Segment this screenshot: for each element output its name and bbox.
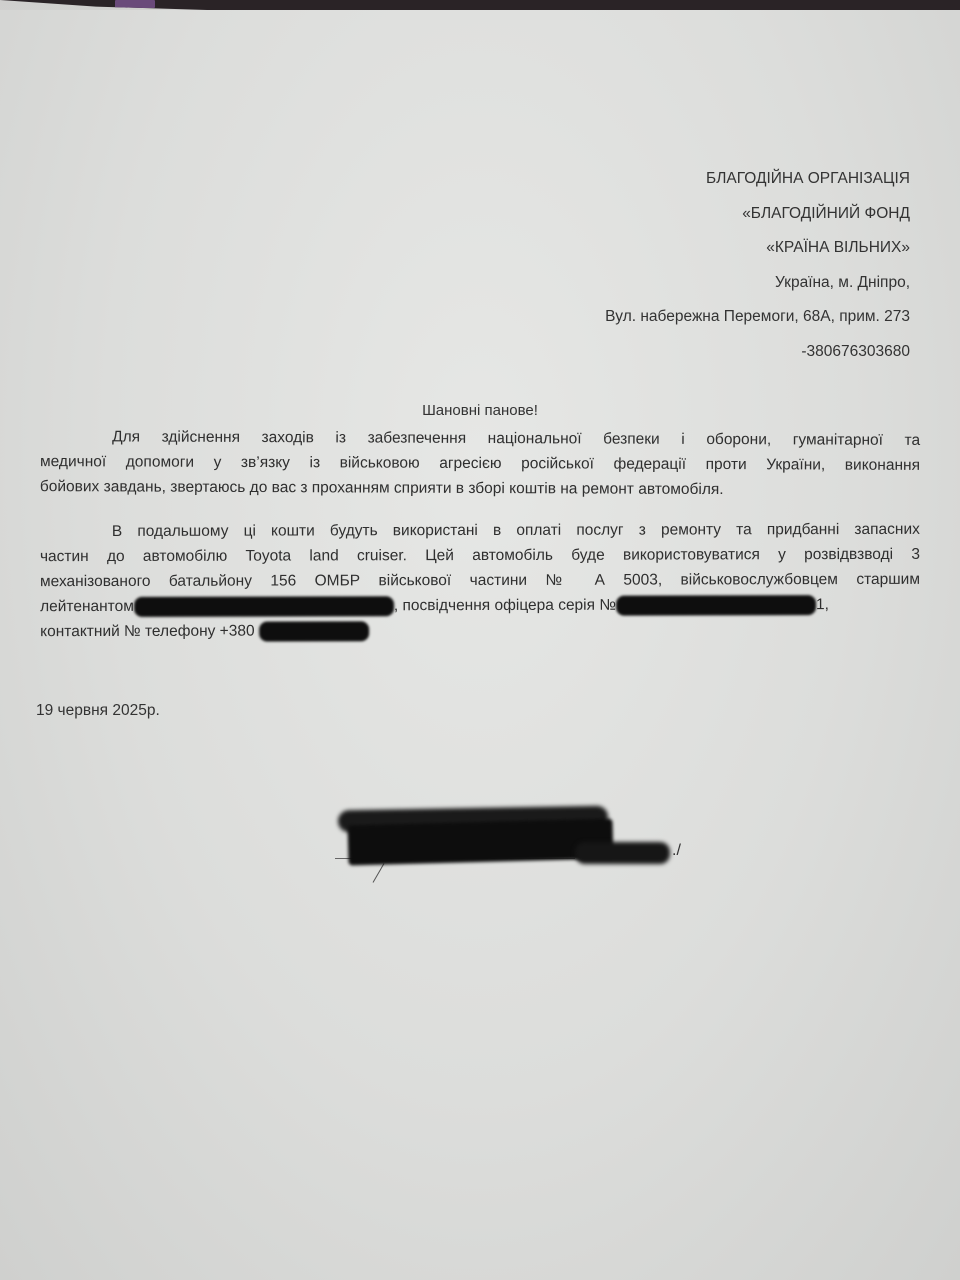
paragraph-line: медичної допомоги у зв’язку із військово… (40, 449, 920, 478)
paragraph-request: Для здійснення заходів із забезпечення н… (40, 424, 920, 503)
signature-tail: ./ (672, 842, 681, 860)
background-label (115, 0, 155, 8)
paragraph-line: механізованого батальйону 156 ОМБР війсь… (40, 567, 920, 594)
addressee-line: Вул. набережна Перемоги, 68А, прим. 273 (605, 300, 910, 335)
addressee-block: БЛАГОДІЙНА ОРГАНІЗАЦІЯ «БЛАГОДІЙНИЙ ФОНД… (605, 162, 910, 369)
paragraph-line: Для здійснення заходів із забезпечення н… (40, 424, 920, 453)
addressee-line: «КРАЇНА ВІЛЬНИХ» (605, 231, 910, 266)
redacted-name (134, 596, 394, 617)
paragraph-line: бойових завдань, звертаюсь до вас з прох… (40, 474, 920, 503)
addressee-line: «БЛАГОДІЙНИЙ ФОНД (605, 197, 910, 232)
signature-redacted: ./ (330, 800, 710, 890)
paragraph-line: частин до автомобілю Toyota land cruiser… (40, 542, 920, 569)
signature-stroke (373, 863, 385, 883)
greeting: Шановні панове! (0, 402, 960, 419)
text-phone-label: контактний № телефону +380 (40, 623, 254, 641)
paragraph-details: В подальшому ці кошти будуть використані… (40, 517, 920, 644)
paragraph-line-officer: лейтенантом, посвідчення офіцера серія №… (40, 592, 920, 619)
text-id-tail: 1, (816, 596, 829, 613)
addressee-phone: -380676303680 (605, 335, 910, 370)
text-id-label: , посвідчення офіцера серія № (394, 597, 616, 615)
addressee-line: Україна, м. Дніпро, (605, 266, 910, 301)
redacted-phone (259, 621, 369, 641)
paragraph-line-phone: контактний № телефону +380 (40, 617, 920, 644)
redaction-blot (348, 819, 614, 866)
redacted-id-number (616, 595, 816, 616)
text-rank: лейтенантом (40, 598, 134, 615)
redaction-blot (575, 842, 670, 864)
letter-page: БЛАГОДІЙНА ОРГАНІЗАЦІЯ «БЛАГОДІЙНИЙ ФОНД… (0, 10, 960, 1280)
addressee-line: БЛАГОДІЙНА ОРГАНІЗАЦІЯ (605, 162, 910, 197)
letter-date: 19 червня 2025р. (36, 702, 160, 720)
paragraph-line: В подальшому ці кошти будуть використані… (40, 517, 920, 544)
